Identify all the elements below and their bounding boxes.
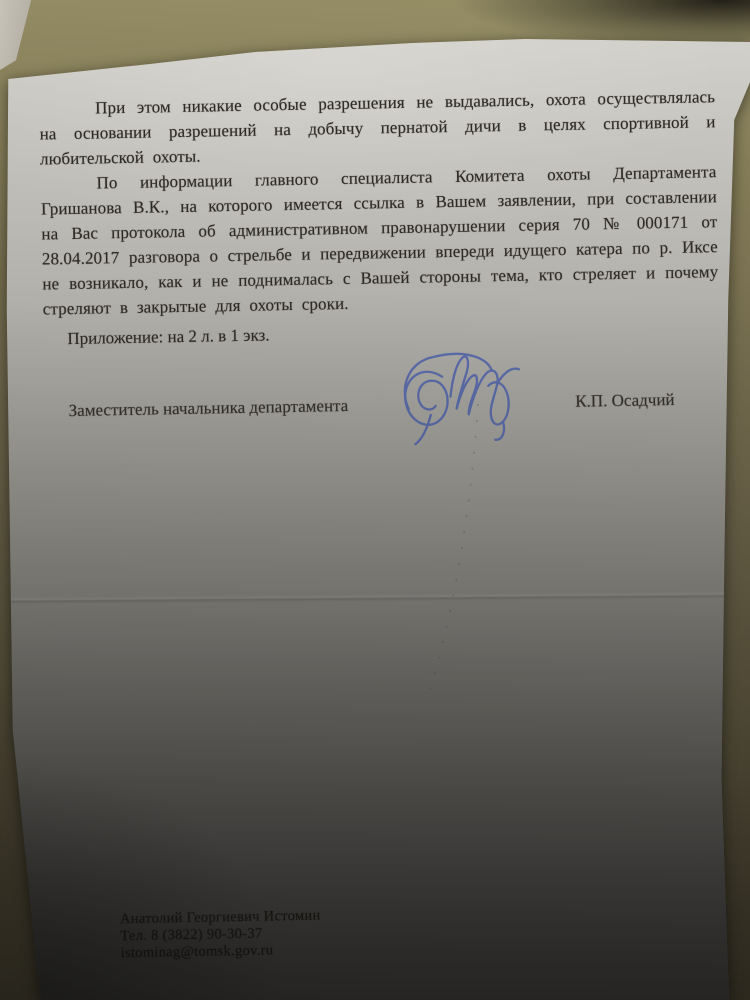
letter-body: При этом никакие особые разрешения не вы… xyxy=(39,84,719,321)
paper-sheet: При этом никакие особые разрешения не вы… xyxy=(0,0,750,1000)
paragraph: При этом никакие особые разрешения не вы… xyxy=(39,84,716,171)
paragraph: По информации главного специалиста Комит… xyxy=(40,159,719,321)
position-title: Заместитель начальника департамента xyxy=(68,396,348,421)
executor-email: istominag@tomsk.gov.ru xyxy=(120,942,321,963)
signature-autograph xyxy=(391,334,533,455)
letter-content: При этом никакие особые разрешения не вы… xyxy=(39,84,731,976)
signer-name: К.П. Осадчий xyxy=(575,390,675,412)
paper-sheet-wrap: При этом никакие особые разрешения не вы… xyxy=(0,0,750,1000)
contact-block: Анатолий Георгиевич Истомин Тел. 8 (3822… xyxy=(120,908,321,963)
signature-row: Заместитель начальника департамента К.П.… xyxy=(44,389,720,421)
attachment-line: Приложение: на 2 л. в 1 экз. xyxy=(43,314,719,351)
